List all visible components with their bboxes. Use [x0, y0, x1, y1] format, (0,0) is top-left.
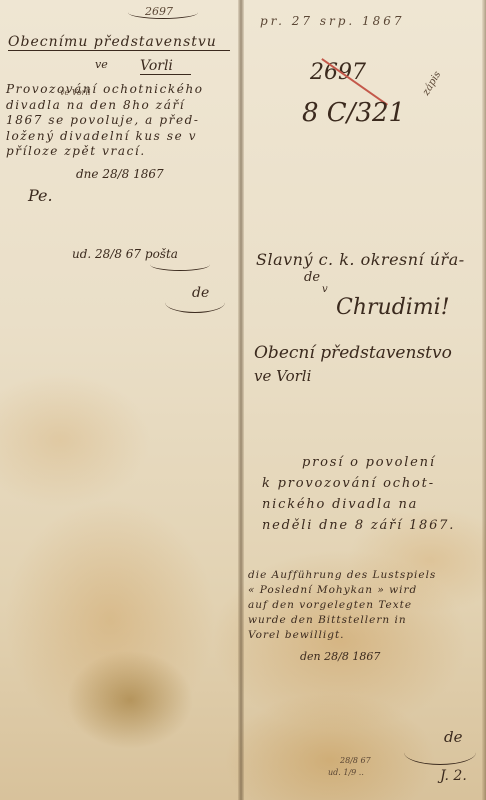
resolution-line: 1867 se povoluje, a před- — [6, 113, 204, 129]
request-line: prosí o povolení — [262, 452, 455, 473]
bottom-dates-2: ud. 1/9 .. — [328, 768, 364, 777]
margin-note: zápis — [421, 70, 444, 98]
resolution-date: dne 28/8 1867 — [76, 167, 164, 181]
resolution-line: Provozování ochotnického — [6, 82, 204, 98]
left-heading-prep: ve — [95, 58, 108, 71]
addressee-line2: de — [304, 270, 320, 285]
left-page: 2697 Obecnímu představenstvu ve Vorli ve… — [0, 0, 240, 800]
request-line: k provozování ochot- — [262, 473, 455, 494]
left-heading: Obecnímu představenstvu — [8, 34, 230, 51]
page-edge — [482, 0, 486, 800]
addressee-line1: Slavný c. k. okresní úřa- — [256, 250, 465, 269]
german-note: die Aufführung des Lustspiels « Poslední… — [248, 568, 436, 643]
request-text: prosí o povolení k provozování ochot- ni… — [262, 452, 455, 536]
right-page: pr. 27 srp. 1867 2697 8 C/321 zápis Slav… — [244, 0, 486, 800]
paraph-flourish — [165, 292, 225, 313]
german-line: auf den vorgelegten Texte — [248, 598, 436, 613]
resolution-line: ložený divadelní kus se v — [6, 129, 204, 145]
number-struck: 2697 — [310, 60, 366, 85]
german-line: « Poslední Mohykan » wird — [248, 583, 436, 598]
received-note: pr. 27 srp. 1867 — [260, 14, 405, 28]
addressee-prep: v — [322, 284, 328, 295]
resolution-text: Provozování ochotnického divadla na den … — [6, 82, 204, 160]
german-line: wurde den Bittstellern in — [248, 613, 436, 628]
german-date: den 28/8 1867 — [300, 650, 380, 663]
bottom-initials: J. 2. — [440, 768, 467, 784]
dispatch-flourish — [150, 258, 210, 271]
request-line: nického divadla na — [262, 494, 455, 515]
signature-initial: Pe. — [28, 186, 53, 205]
german-line: Vorel bewilligt. — [248, 628, 436, 643]
document-sheet: 2697 Obecnímu představenstvu ve Vorli ve… — [0, 0, 486, 800]
german-line: die Aufführung des Lustspiels — [248, 568, 436, 583]
sender-line1: Obecní představenstvo — [254, 343, 452, 363]
request-line: neděli dne 8 září 1867. — [262, 515, 455, 536]
resolution-line: divadla na den 8ho září — [6, 98, 204, 114]
sender-line2: ve Vorli — [254, 367, 311, 385]
left-heading-place: Vorli — [140, 58, 191, 75]
bottom-flourish — [404, 740, 476, 765]
addressee-place: Chrudimi! — [336, 295, 450, 320]
file-number-flourish — [128, 6, 198, 19]
resolution-line: příloze zpět vrací. — [6, 144, 204, 160]
bottom-dates-1: 28/8 67 — [340, 756, 371, 765]
number-new: 8 C/321 — [302, 98, 405, 128]
